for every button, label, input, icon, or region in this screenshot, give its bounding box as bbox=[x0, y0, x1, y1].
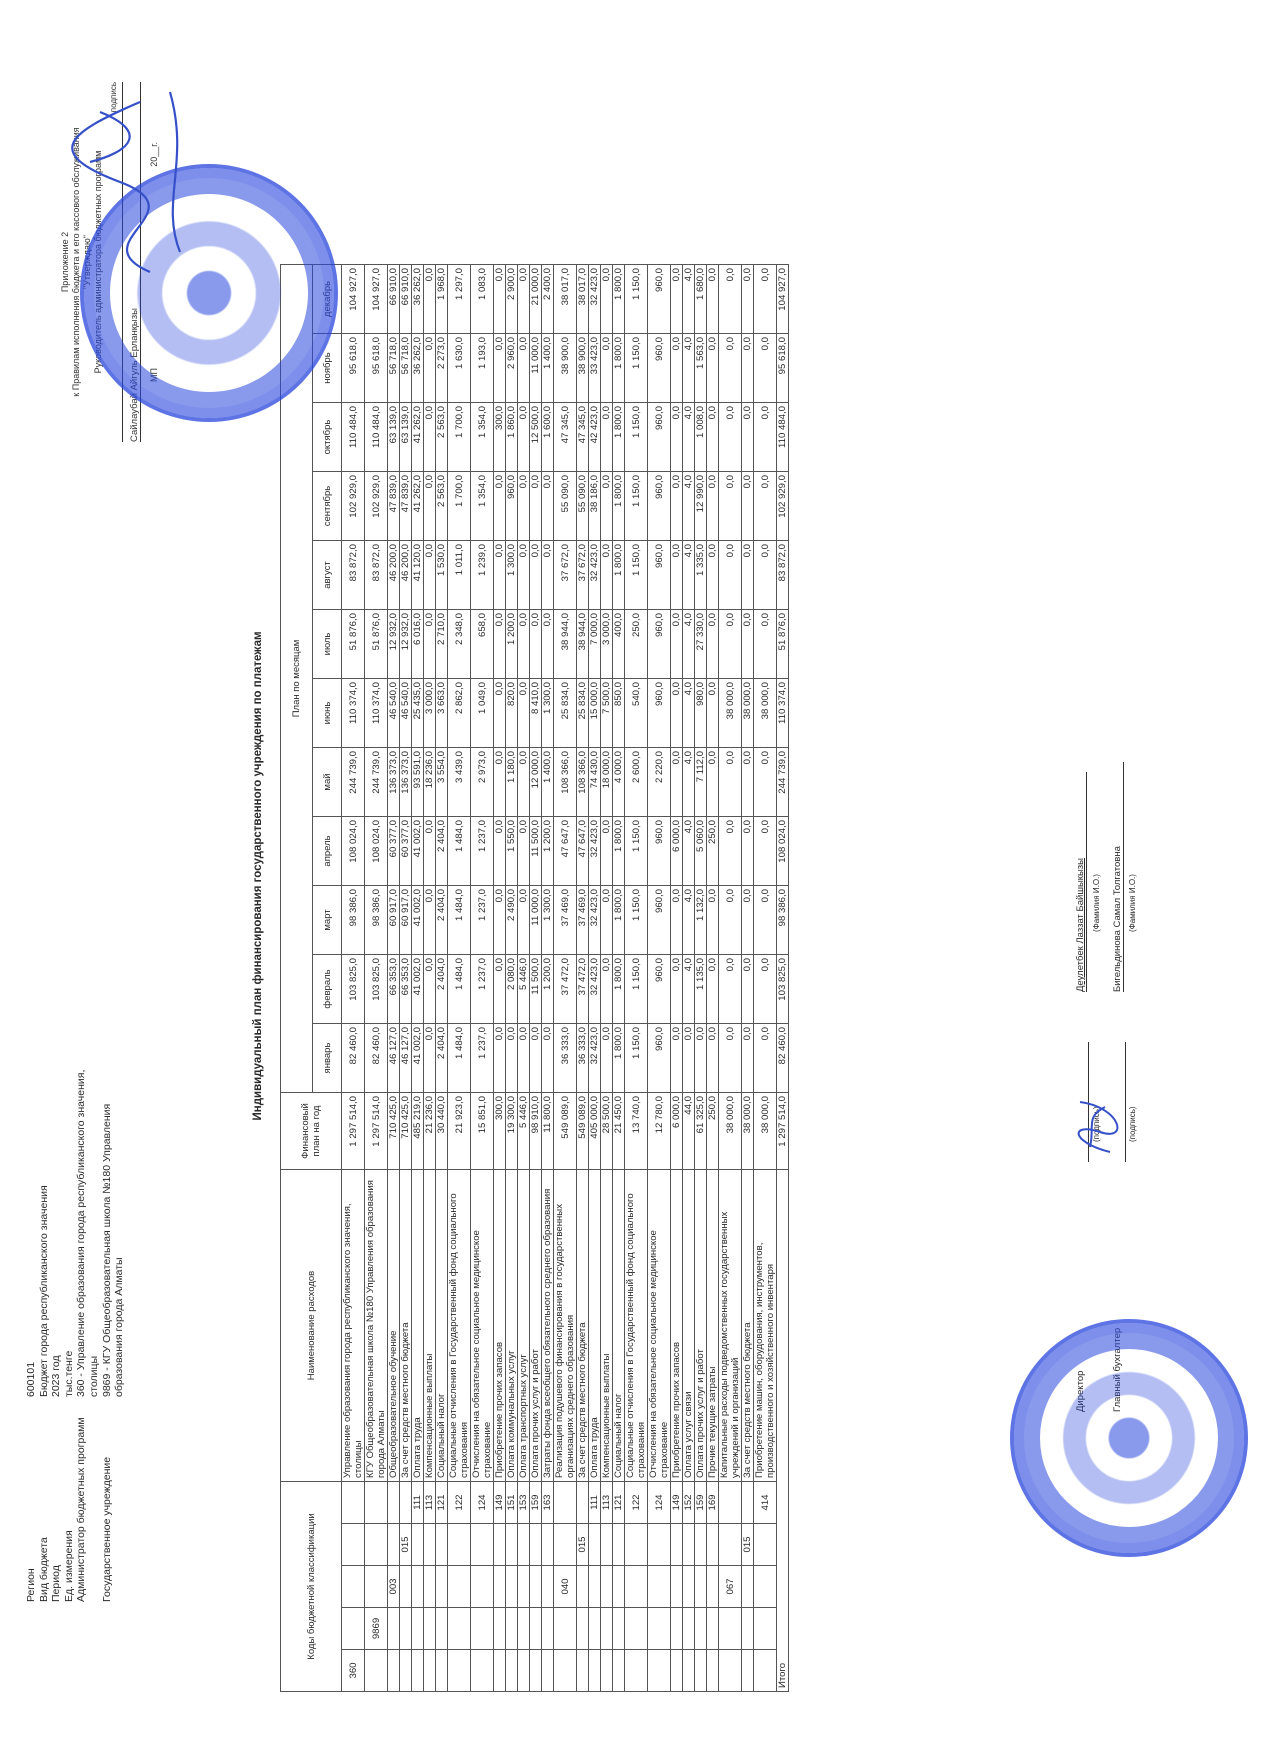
budget-code bbox=[400, 1608, 412, 1650]
budget-code bbox=[412, 1524, 424, 1566]
total-month-value: 104 927,0 bbox=[777, 265, 789, 334]
month-value: 2 404,0 bbox=[436, 1024, 448, 1093]
budget-code bbox=[342, 1566, 365, 1608]
month-value: 1 135,0 bbox=[695, 955, 707, 1024]
budget-code bbox=[577, 1482, 589, 1524]
annual-plan: 710 425,0 bbox=[400, 1093, 412, 1170]
month-header: июль bbox=[313, 610, 342, 679]
month-value: 1 008,0 bbox=[695, 403, 707, 472]
month-value: 1 237,0 bbox=[471, 817, 494, 886]
month-value: 136 373,0 bbox=[400, 748, 412, 817]
month-value: 0,0 bbox=[494, 1024, 506, 1093]
month-value: 51 876,0 bbox=[342, 610, 365, 679]
month-value: 0,0 bbox=[601, 541, 613, 610]
month-value: 4 000,0 bbox=[613, 748, 625, 817]
annual-plan: 98 910,0 bbox=[530, 1093, 542, 1170]
header-field-value: тыс.тенге bbox=[63, 1067, 76, 1397]
budget-code bbox=[554, 1650, 577, 1692]
month-value: 1 083,0 bbox=[471, 265, 494, 334]
month-value: 60 917,0 bbox=[400, 886, 412, 955]
budget-code: 360 bbox=[342, 1650, 365, 1692]
month-header: октябрь bbox=[313, 403, 342, 472]
month-value: 0,0 bbox=[671, 334, 683, 403]
month-value: 32 423,0 bbox=[589, 817, 601, 886]
director-name-caption: (Фамилия И.О.) bbox=[1092, 874, 1101, 932]
budget-code bbox=[412, 1566, 424, 1608]
header-field-value: 360 - Управление образования города респ… bbox=[75, 1067, 100, 1397]
annual-plan: 61 325,0 bbox=[695, 1093, 707, 1170]
total-month-value: 83 872,0 bbox=[777, 541, 789, 610]
month-value: 1 200,0 bbox=[542, 817, 554, 886]
month-value: 11 000,0 bbox=[530, 334, 542, 403]
month-value: 1 150,0 bbox=[625, 886, 648, 955]
month-value: 82 460,0 bbox=[342, 1024, 365, 1093]
month-value: 0,0 bbox=[754, 472, 777, 541]
month-header: январь bbox=[313, 1024, 342, 1093]
month-value: 38 000,0 bbox=[719, 679, 742, 748]
annual-plan: 13 740,0 bbox=[625, 1093, 648, 1170]
month-value: 0,0 bbox=[707, 541, 719, 610]
month-value: 0,0 bbox=[754, 403, 777, 472]
annual-plan: 12 780,0 bbox=[648, 1093, 671, 1170]
budget-code bbox=[412, 1608, 424, 1650]
budget-code: 149 bbox=[494, 1482, 506, 1524]
month-value: 25 834,0 bbox=[554, 679, 577, 748]
expense-name: Оплата труда bbox=[589, 1170, 601, 1482]
month-value: 1 237,0 bbox=[471, 955, 494, 1024]
annual-plan: 549 089,0 bbox=[577, 1093, 589, 1170]
budget-code bbox=[601, 1524, 613, 1566]
month-value: 104 927,0 bbox=[365, 265, 388, 334]
month-value: 0,0 bbox=[707, 403, 719, 472]
month-value: 102 929,0 bbox=[342, 472, 365, 541]
month-value: 1 800,0 bbox=[613, 1024, 625, 1093]
annual-plan: 300,0 bbox=[494, 1093, 506, 1170]
budget-code bbox=[577, 1650, 589, 1692]
month-value: 0,0 bbox=[719, 403, 742, 472]
month-value: 2 900,0 bbox=[506, 265, 518, 334]
month-value: 37 472,0 bbox=[554, 955, 577, 1024]
month-value: 0,0 bbox=[671, 1024, 683, 1093]
expense-name: Управление образования города республика… bbox=[342, 1170, 365, 1482]
header-field: Период2023 год bbox=[50, 1067, 63, 1602]
month-value: 11 500,0 bbox=[530, 817, 542, 886]
budget-code bbox=[400, 1566, 412, 1608]
month-value: 0,0 bbox=[707, 955, 719, 1024]
month-value: 27 330,0 bbox=[695, 610, 707, 679]
expense-name: Прочие текущие затраты bbox=[707, 1170, 719, 1482]
month-value: 2 404,0 bbox=[436, 886, 448, 955]
month-value: 2 973,0 bbox=[471, 748, 494, 817]
budget-code bbox=[448, 1566, 471, 1608]
expense-name: Социальный налог bbox=[436, 1170, 448, 1482]
document-header: Регион600101Вид бюджетаБюджет города рес… bbox=[25, 1067, 126, 1602]
budget-code: 113 bbox=[424, 1482, 436, 1524]
month-value: 0,0 bbox=[518, 334, 530, 403]
budget-code: 040 bbox=[554, 1566, 577, 1608]
month-value: 38 900,0 bbox=[577, 334, 589, 403]
month-value: 25 834,0 bbox=[577, 679, 589, 748]
budget-code bbox=[412, 1650, 424, 1692]
month-value: 36 333,0 bbox=[554, 1024, 577, 1093]
budget-code bbox=[530, 1650, 542, 1692]
month-value: 0,0 bbox=[542, 541, 554, 610]
expense-name: Оплата труда bbox=[412, 1170, 424, 1482]
header-field: Вид бюджетаБюджет города республиканског… bbox=[38, 1067, 51, 1602]
expense-name: За счет средств местного бюджета bbox=[742, 1170, 754, 1482]
annual-plan: 710 425,0 bbox=[388, 1093, 400, 1170]
expense-name: Общеобразовательное обучение bbox=[388, 1170, 400, 1482]
budget-code bbox=[518, 1650, 530, 1692]
budget-code bbox=[530, 1524, 542, 1566]
budget-code bbox=[671, 1566, 683, 1608]
header-field-value: 600101 bbox=[25, 1067, 38, 1397]
budget-code: 121 bbox=[613, 1482, 625, 1524]
month-value: 4,0 bbox=[683, 955, 695, 1024]
expense-name: Приобретение прочих запасов bbox=[494, 1170, 506, 1482]
month-value: 7 500,0 bbox=[601, 679, 613, 748]
budget-code bbox=[448, 1524, 471, 1566]
month-value: 104 927,0 bbox=[342, 265, 365, 334]
month-value: 12 000,0 bbox=[530, 748, 542, 817]
budget-code bbox=[436, 1566, 448, 1608]
month-value: 1 800,0 bbox=[613, 541, 625, 610]
budget-code bbox=[400, 1650, 412, 1692]
budget-code bbox=[554, 1608, 577, 1650]
month-value: 1 297,0 bbox=[448, 265, 471, 334]
budget-code bbox=[589, 1608, 601, 1650]
budget-code bbox=[601, 1608, 613, 1650]
month-value: 1 563,0 bbox=[695, 334, 707, 403]
month-value: 51 876,0 bbox=[365, 610, 388, 679]
month-value: 0,0 bbox=[601, 472, 613, 541]
month-value: 1 354,0 bbox=[471, 403, 494, 472]
month-value: 66 910,0 bbox=[388, 265, 400, 334]
month-value: 960,0 bbox=[648, 472, 671, 541]
accountant-name: Бигельдинова Самал Толгатовна bbox=[1112, 762, 1124, 992]
month-value: 0,0 bbox=[707, 610, 719, 679]
month-value: 5 446,0 bbox=[518, 955, 530, 1024]
budget-code bbox=[494, 1608, 506, 1650]
budget-code bbox=[577, 1566, 589, 1608]
budget-code bbox=[625, 1608, 648, 1650]
month-value: 0,0 bbox=[671, 403, 683, 472]
month-value: 46 540,0 bbox=[400, 679, 412, 748]
month-value: 1 484,0 bbox=[448, 1024, 471, 1093]
expense-name: Социальные отчисления в Государственный … bbox=[448, 1170, 471, 1482]
total-month-value: 102 929,0 bbox=[777, 472, 789, 541]
total-row: Итого1 297 514,082 460,0103 825,098 386,… bbox=[777, 265, 789, 1692]
month-value: 12 932,0 bbox=[400, 610, 412, 679]
month-value: 960,0 bbox=[648, 265, 671, 334]
budget-code bbox=[388, 1650, 400, 1692]
expense-name: КГУ Общеобразовательная школа №180 Управ… bbox=[365, 1170, 388, 1482]
month-value: 2 404,0 bbox=[436, 955, 448, 1024]
month-value: 60 917,0 bbox=[388, 886, 400, 955]
month-value: 46 127,0 bbox=[388, 1024, 400, 1093]
budget-code bbox=[424, 1650, 436, 1692]
month-value: 1 630,0 bbox=[448, 334, 471, 403]
table-row: 111Оплата труда405 000,032 423,032 423,0… bbox=[589, 265, 601, 1692]
budget-code bbox=[506, 1566, 518, 1608]
month-value: 47 839,0 bbox=[388, 472, 400, 541]
month-value: 102 929,0 bbox=[365, 472, 388, 541]
budget-code bbox=[518, 1524, 530, 1566]
expense-name: Компенсационные выплаты bbox=[424, 1170, 436, 1482]
month-value: 37 472,0 bbox=[577, 955, 589, 1024]
budget-code bbox=[554, 1482, 577, 1524]
expense-name: Оплата прочих услуг и работ bbox=[530, 1170, 542, 1482]
budget-code bbox=[742, 1566, 754, 1608]
month-value: 110 484,0 bbox=[365, 403, 388, 472]
table-row: 159Оплата прочих услуг и работ98 910,00,… bbox=[530, 265, 542, 1692]
budget-code: 113 bbox=[601, 1482, 613, 1524]
month-value: 0,0 bbox=[742, 817, 754, 886]
budget-code: 159 bbox=[695, 1482, 707, 1524]
annual-plan: 21 450,0 bbox=[613, 1093, 625, 1170]
month-value: 0,0 bbox=[719, 610, 742, 679]
month-value: 0,0 bbox=[719, 886, 742, 955]
annual-plan: 11 800,0 bbox=[542, 1093, 554, 1170]
month-value: 1 484,0 bbox=[448, 817, 471, 886]
month-value: 0,0 bbox=[424, 541, 436, 610]
annual-plan: 38 000,0 bbox=[719, 1093, 742, 1170]
month-value: 55 090,0 bbox=[577, 472, 589, 541]
month-value: 1 300,0 bbox=[542, 886, 554, 955]
month-value: 25 435,0 bbox=[412, 679, 424, 748]
month-value: 960,0 bbox=[648, 679, 671, 748]
month-value: 0,0 bbox=[719, 265, 742, 334]
month-value: 1 150,0 bbox=[625, 334, 648, 403]
month-value: 300,0 bbox=[494, 403, 506, 472]
budget-code bbox=[707, 1566, 719, 1608]
header-field-label: Ед. измерения bbox=[63, 1397, 76, 1602]
budget-code bbox=[695, 1524, 707, 1566]
annual-plan: 44,0 bbox=[683, 1093, 695, 1170]
budget-code bbox=[365, 1482, 388, 1524]
table-row: 159Оплата прочих услуг и работ61 325,00,… bbox=[695, 265, 707, 1692]
month-value: 0,0 bbox=[742, 334, 754, 403]
month-value: 0,0 bbox=[601, 265, 613, 334]
approver-signature-icon bbox=[60, 82, 210, 282]
expense-name: За счет средств местного бюджета bbox=[577, 1170, 589, 1482]
month-value: 0,0 bbox=[742, 610, 754, 679]
total-month-value: 108 024,0 bbox=[777, 817, 789, 886]
month-value: 108 366,0 bbox=[577, 748, 589, 817]
month-value: 46 200,0 bbox=[400, 541, 412, 610]
total-month-value: 103 825,0 bbox=[777, 955, 789, 1024]
month-value: 244 739,0 bbox=[342, 748, 365, 817]
budget-code: 149 bbox=[671, 1482, 683, 1524]
budget-code bbox=[388, 1608, 400, 1650]
month-value: 0,0 bbox=[494, 265, 506, 334]
annual-plan: 21 923,0 bbox=[448, 1093, 471, 1170]
annual-plan: 28 500,0 bbox=[601, 1093, 613, 1170]
month-value: 0,0 bbox=[601, 955, 613, 1024]
table-row: 015За счет средств местного бюджета38 00… bbox=[742, 265, 754, 1692]
month-value: 4,0 bbox=[683, 748, 695, 817]
month-value: 0,0 bbox=[754, 265, 777, 334]
budget-code: 067 bbox=[719, 1566, 742, 1608]
budget-code bbox=[648, 1608, 671, 1650]
budget-code: 015 bbox=[400, 1524, 412, 1566]
month-value: 0,0 bbox=[506, 1024, 518, 1093]
month-value: 0,0 bbox=[695, 1024, 707, 1093]
month-value: 1 335,0 bbox=[695, 541, 707, 610]
month-value: 2 220,0 bbox=[648, 748, 671, 817]
annual-plan: 6 000,0 bbox=[671, 1093, 683, 1170]
budget-code bbox=[530, 1608, 542, 1650]
annual-plan: 5 446,0 bbox=[518, 1093, 530, 1170]
month-value: 1 132,0 bbox=[695, 886, 707, 955]
month-value: 1 800,0 bbox=[613, 472, 625, 541]
month-value: 1 237,0 bbox=[471, 886, 494, 955]
month-value: 0,0 bbox=[742, 265, 754, 334]
name-header: Наименование расходов bbox=[281, 1170, 342, 1482]
month-value: 1 049,0 bbox=[471, 679, 494, 748]
header-field-label: Вид бюджета bbox=[38, 1397, 51, 1602]
budget-code bbox=[506, 1524, 518, 1566]
month-value: 1 193,0 bbox=[471, 334, 494, 403]
table-row: 040Реализация подушевого финансирования … bbox=[554, 265, 577, 1692]
month-value: 250,0 bbox=[707, 817, 719, 886]
budget-code bbox=[494, 1650, 506, 1692]
table-row: 015За счет средств местного бюджета549 0… bbox=[577, 265, 589, 1692]
month-value: 960,0 bbox=[648, 541, 671, 610]
month-value: 1 968,0 bbox=[436, 265, 448, 334]
month-value: 98 386,0 bbox=[342, 886, 365, 955]
budget-code bbox=[719, 1524, 742, 1566]
month-value: 63 139,0 bbox=[400, 403, 412, 472]
month-value: 41 120,0 bbox=[412, 541, 424, 610]
month-value: 0,0 bbox=[518, 403, 530, 472]
budget-code bbox=[471, 1524, 494, 1566]
month-value: 0,0 bbox=[707, 679, 719, 748]
month-value: 0,0 bbox=[754, 817, 777, 886]
month-value: 136 373,0 bbox=[388, 748, 400, 817]
month-header: май bbox=[313, 748, 342, 817]
budget-code bbox=[424, 1524, 436, 1566]
budget-code bbox=[683, 1524, 695, 1566]
budget-code bbox=[577, 1608, 589, 1650]
month-value: 0,0 bbox=[424, 1024, 436, 1093]
month-value: 980,0 bbox=[695, 679, 707, 748]
month-value: 0,0 bbox=[742, 472, 754, 541]
total-month-value: 110 374,0 bbox=[777, 679, 789, 748]
month-value: 1 484,0 bbox=[448, 886, 471, 955]
month-value: 47 647,0 bbox=[554, 817, 577, 886]
month-value: 38 000,0 bbox=[742, 679, 754, 748]
expense-name: Затраты фонда всеобщего обязательного ср… bbox=[542, 1170, 554, 1482]
budget-code bbox=[754, 1566, 777, 1608]
table-row: 9869КГУ Общеобразовательная школа №180 У… bbox=[365, 265, 388, 1692]
total-month-value: 110 484,0 bbox=[777, 403, 789, 472]
budget-code bbox=[400, 1482, 412, 1524]
month-value: 47 647,0 bbox=[577, 817, 589, 886]
budget-code: 159 bbox=[530, 1482, 542, 1524]
month-value: 0,0 bbox=[742, 541, 754, 610]
budget-code bbox=[589, 1524, 601, 1566]
month-value: 0,0 bbox=[518, 886, 530, 955]
month-value: 0,0 bbox=[494, 955, 506, 1024]
month-value: 1 150,0 bbox=[625, 265, 648, 334]
month-value: 38 186,0 bbox=[589, 472, 601, 541]
table-row: 414Приобретение машин, оборудования, инс… bbox=[754, 265, 777, 1692]
budget-code bbox=[742, 1650, 754, 1692]
month-value: 960,0 bbox=[648, 1024, 671, 1093]
month-value: 0,0 bbox=[742, 886, 754, 955]
month-value: 0,0 bbox=[601, 334, 613, 403]
budget-code bbox=[542, 1608, 554, 1650]
month-value: 0,0 bbox=[671, 886, 683, 955]
month-value: 0,0 bbox=[601, 886, 613, 955]
budget-code: 015 bbox=[577, 1524, 589, 1566]
budget-code bbox=[719, 1608, 742, 1650]
month-value: 540,0 bbox=[625, 679, 648, 748]
month-value: 4,0 bbox=[683, 403, 695, 472]
codes-header: Коды бюджетной классификации bbox=[281, 1482, 342, 1692]
month-value: 0,0 bbox=[719, 334, 742, 403]
month-value: 244 739,0 bbox=[365, 748, 388, 817]
annual-plan: 19 300,0 bbox=[506, 1093, 518, 1170]
budget-code bbox=[648, 1650, 671, 1692]
month-value: 2 273,0 bbox=[436, 334, 448, 403]
month-value: 1 860,0 bbox=[506, 403, 518, 472]
budget-code bbox=[719, 1482, 742, 1524]
month-value: 60 377,0 bbox=[388, 817, 400, 886]
budget-code bbox=[554, 1524, 577, 1566]
budget-code bbox=[518, 1566, 530, 1608]
budget-code bbox=[613, 1524, 625, 1566]
table-row: 149Приобретение прочих запасов6 000,00,0… bbox=[671, 265, 683, 1692]
annual-plan: 21 236,0 bbox=[424, 1093, 436, 1170]
month-value: 1 237,0 bbox=[471, 1024, 494, 1093]
budget-code bbox=[742, 1608, 754, 1650]
month-value: 0,0 bbox=[530, 541, 542, 610]
month-value: 1 680,0 bbox=[695, 265, 707, 334]
month-value: 38 000,0 bbox=[754, 679, 777, 748]
month-value: 11 500,0 bbox=[530, 955, 542, 1024]
budget-code bbox=[601, 1566, 613, 1608]
month-value: 0,0 bbox=[518, 610, 530, 679]
annual-plan: 1 297 514,0 bbox=[342, 1093, 365, 1170]
expense-name: Оплата услуг связи bbox=[683, 1170, 695, 1482]
month-value: 0,0 bbox=[424, 472, 436, 541]
month-value: 0,0 bbox=[518, 748, 530, 817]
month-value: 0,0 bbox=[494, 610, 506, 679]
month-value: 2 563,0 bbox=[436, 472, 448, 541]
month-value: 1 400,0 bbox=[542, 748, 554, 817]
budget-code: 111 bbox=[412, 1482, 424, 1524]
month-value: 56 718,0 bbox=[400, 334, 412, 403]
month-value: 41 002,0 bbox=[412, 817, 424, 886]
month-value: 1 800,0 bbox=[613, 955, 625, 1024]
budget-code bbox=[448, 1650, 471, 1692]
month-value: 0,0 bbox=[707, 265, 719, 334]
budget-code bbox=[436, 1608, 448, 1650]
expense-name: Оплата коммунальных услуг bbox=[506, 1170, 518, 1482]
month-value: 2 563,0 bbox=[436, 403, 448, 472]
budget-code: 163 bbox=[542, 1482, 554, 1524]
month-value: 0,0 bbox=[707, 472, 719, 541]
table-row: 169Прочие текущие затраты250,00,00,00,02… bbox=[707, 265, 719, 1692]
table-row: 121Социальный налог21 450,01 800,01 800,… bbox=[613, 265, 625, 1692]
financing-plan-table: Коды бюджетной классификации Наименовани… bbox=[280, 264, 789, 1692]
month-value: 47 839,0 bbox=[400, 472, 412, 541]
director-name: Деулетбек Лаззат Байшыкызы bbox=[1075, 772, 1087, 992]
month-value: 1 200,0 bbox=[506, 610, 518, 679]
month-value: 0,0 bbox=[707, 334, 719, 403]
